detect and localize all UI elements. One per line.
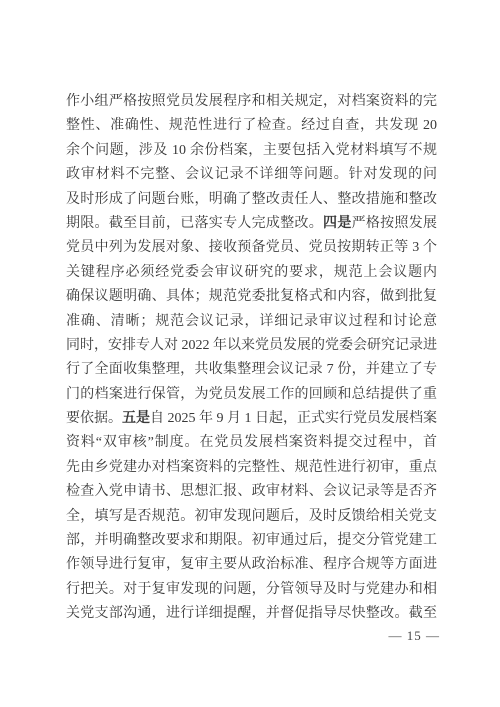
body-text: 自 2025 年 9 月 1 日起，正式实行党员发展档案 [150,411,437,426]
body-text: 关键程序必须经党委会审议研究的要求，规范上会议题内容， [66,265,437,285]
text-block: 作小组严格按照党员发展程序和相关规定，对档案资料的完整性、准确性、规范性进行了检… [66,90,437,627]
body-text: 确保议题明确、具体；规范党委批复格式和内容，做到批复 [66,289,437,304]
emphasis-text: 四是 [323,216,352,231]
body-text: 及时形成了问题台账，明确了整改责任人、整改措施和整改 [66,192,437,207]
text-line: 全，填写是否规范。初审发现问题后，及时反馈给相关党支 [66,505,437,529]
text-line: 同时，安排专人对 2022 年以来党员发展的党委会研究记录进 [66,334,437,358]
body-text: 期限。截至目前，已落实专人完成整改。 [66,216,323,231]
text-line: 门的档案进行保管，为党员发展工作的回顾和总结提供了重 [66,383,437,407]
body-text: 关党支部沟通，进行详细提醒，并督促指导尽快整改。截至 [66,606,437,621]
body-text: 门的档案进行保管，为党员发展工作的回顾和总结提供了重 [66,387,437,402]
text-line: 关键程序必须经党委会审议研究的要求，规范上会议题内容， [66,261,437,285]
text-line: 部，并明确整改要求和期限。初审通过后，提交分管党建工 [66,529,437,553]
body-text: 整性、准确性、规范性进行了检查。经过自查，共发现 20 [66,118,437,133]
body-text: 党员中列为发展对象、接收预备党员、党员按期转正等 3 个 [66,240,437,255]
body-text: 严格按照发展 [352,216,437,231]
text-line: 检查入党申请书、思想汇报、政审材料、会议记录等是否齐 [66,480,437,504]
text-line: 准确、清晰；规范会议记录，详细记录审议过程和讨论意见。 [66,310,437,334]
body-text: 行把关。对于复审发现的问题，分管领导及时与党建办和相 [66,582,437,597]
body-text: 先由乡党建办对档案资料的完整性、规范性进行初审，重点 [66,460,437,475]
body-text: 行了全面收集整理，共收集整理会议记录 7 份，并建立了专 [66,362,437,377]
body-text: 全，填写是否规范。初审发现问题后，及时反馈给相关党支 [66,509,437,524]
text-line: 作小组严格按照党员发展程序和相关规定，对档案资料的完 [66,90,437,114]
text-line: 党员中列为发展对象、接收预备党员、党员按期转正等 3 个 [66,236,437,260]
text-line: 确保议题明确、具体；规范党委批复格式和内容，做到批复 [66,285,437,309]
body-text: 作小组严格按照党员发展程序和相关规定，对档案资料的完 [66,94,437,109]
text-line: 政审材料不完整、会议记录不详细等问题。针对发现的问题， [66,163,437,187]
body-text: 资料“双审核”制度。在党员发展档案资料提交过程中，首 [66,435,437,450]
text-line: 整性、准确性、规范性进行了检查。经过自查，共发现 20 [66,114,437,138]
body-text: 余个问题，涉及 10 余份档案，主要包括入党材料填写不规范、 [66,143,437,163]
body-text: 要依据。 [66,411,122,426]
text-line: 资料“双审核”制度。在党员发展档案资料提交过程中，首 [66,431,437,455]
body-text: 同时，安排专人对 2022 年以来党员发展的党委会研究记录进 [66,338,437,353]
body-text: 政审材料不完整、会议记录不详细等问题。针对发现的问题， [66,167,437,187]
text-line: 行把关。对于复审发现的问题，分管领导及时与党建办和相 [66,578,437,602]
body-text: 检查入党申请书、思想汇报、政审材料、会议记录等是否齐 [66,484,437,499]
document-page: 作小组严格按照党员发展程序和相关规定，对档案资料的完整性、准确性、规范性进行了检… [0,0,500,707]
page-number: — 15 — [389,628,441,644]
body-text: 准确、清晰；规范会议记录，详细记录审议过程和讨论意见。 [66,314,437,334]
emphasis-text: 五是 [122,411,150,426]
text-line: 作领导进行复审，复审主要从政治标准、程序合规等方面进 [66,553,437,577]
text-line: 期限。截至目前，已落实专人完成整改。四是严格按照发展 [66,212,437,236]
text-line: 先由乡党建办对档案资料的完整性、规范性进行初审，重点 [66,456,437,480]
text-line: 及时形成了问题台账，明确了整改责任人、整改措施和整改 [66,188,437,212]
text-line: 余个问题，涉及 10 余份档案，主要包括入党材料填写不规范、 [66,139,437,163]
text-line: 关党支部沟通，进行详细提醒，并督促指导尽快整改。截至 [66,602,437,626]
text-line: 行了全面收集整理，共收集整理会议记录 7 份，并建立了专 [66,358,437,382]
text-line: 要依据。五是自 2025 年 9 月 1 日起，正式实行党员发展档案 [66,407,437,431]
body-text: 部，并明确整改要求和期限。初审通过后，提交分管党建工 [66,533,437,548]
body-text: 作领导进行复审，复审主要从政治标准、程序合规等方面进 [66,557,437,572]
